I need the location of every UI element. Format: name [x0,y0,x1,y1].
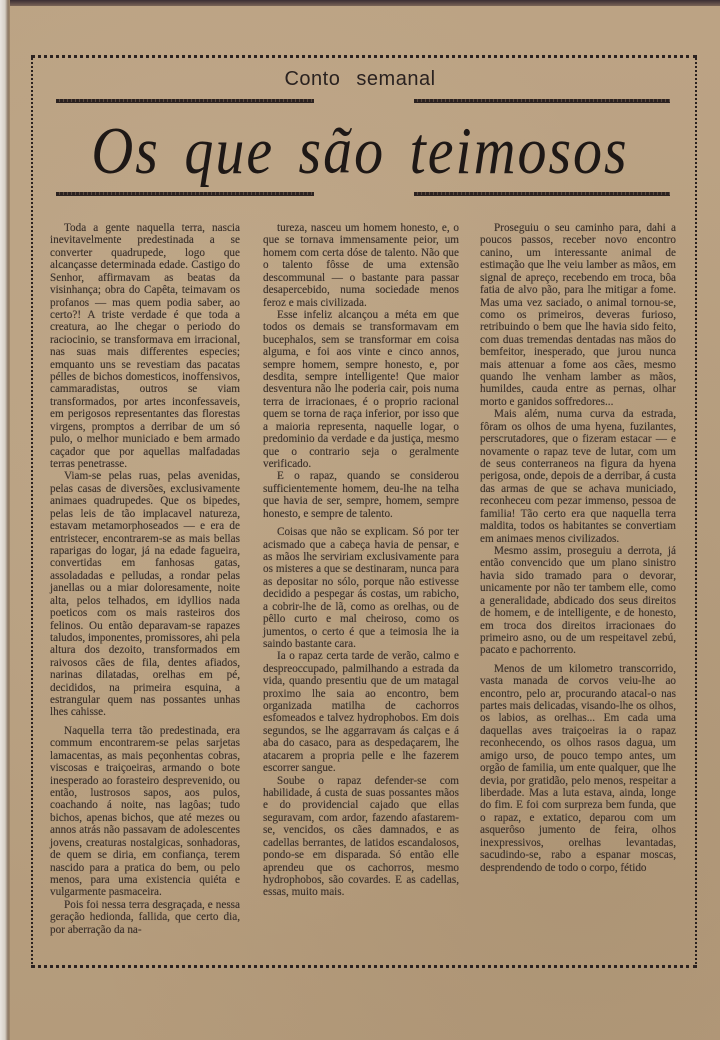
paragraph: Proseguiu o seu caminho para, dahi a pou… [480,222,676,408]
article-body: Toda a gente naquella terra, nascia inev… [50,222,676,952]
paragraph: Viam-se pelas ruas, pelas avenidas, pela… [50,470,240,718]
paragraph: Naquella terra tão predestinada, era com… [50,725,240,899]
paragraph: tureza, nasceu um homem honesto, e, o qu… [263,222,459,309]
title-rule-top-right [414,99,670,103]
paragraph: Pois foi nessa terra desgraçada, e nessa… [50,899,240,936]
article-column-1: Toda a gente naquella terra, nascia inev… [50,222,240,936]
paragraph: Coisas que não se explicam. Só por ter a… [263,526,459,650]
story-title: Os que são teimosos [0,112,720,189]
paragraph: Mais além, numa curva da estrada, fôram … [480,408,676,545]
paragraph: E o rapaz, quando se considerou sufficie… [263,470,459,520]
paragraph: Ia o rapaz certa tarde de verão, calmo e… [263,650,459,774]
article-column-3: Proseguiu o seu caminho para, dahi a pou… [480,222,676,874]
title-rule-top-left [56,99,314,103]
title-rule-bottom-right [414,192,670,196]
paragraph: Esse infeliz alcançou a méta em que todo… [263,309,459,470]
article-column-2: tureza, nasceu um homem honesto, e, o qu… [263,222,459,899]
section-label: Conto semanal [0,68,720,91]
paragraph: Mesmo assim, proseguiu a derrota, já ent… [480,545,676,657]
paragraph: Toda a gente naquella terra, nascia inev… [50,222,240,470]
title-rule-bottom-left [56,192,314,196]
paragraph: Soube o rapaz defender-se com habilidade… [263,775,459,899]
paragraph: Menos de um kilometro transcorrido, vast… [480,663,676,874]
